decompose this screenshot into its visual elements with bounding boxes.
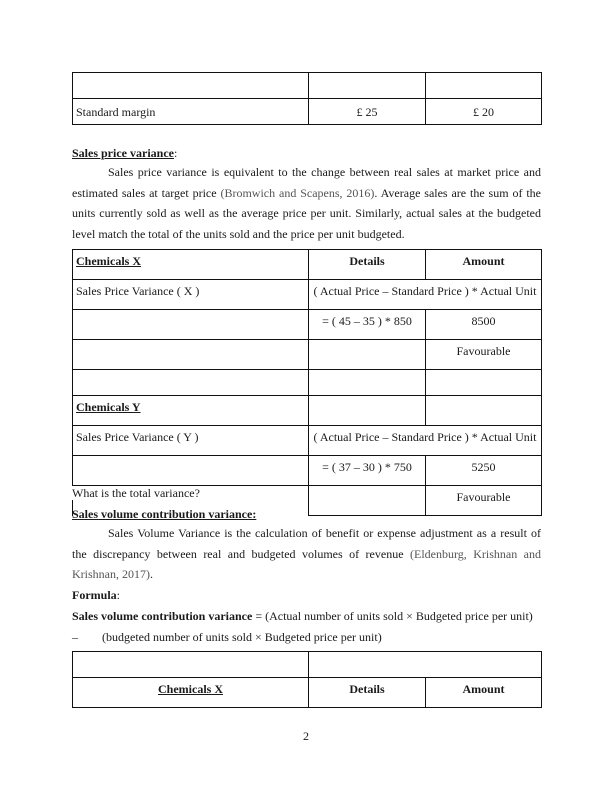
sales-price-variance-table: Chemicals X Details Amount Sales Price V… (72, 249, 542, 516)
table-cell (309, 486, 426, 516)
sales-price-variance-paragraph: Sales price variance is equivalent to th… (72, 162, 541, 244)
table-cell: Standard margin (73, 99, 309, 125)
table-row (73, 73, 542, 99)
header-amount: Amount (426, 678, 542, 708)
table-cell: Chemicals X (73, 250, 309, 280)
table-row: Sales Price Variance ( X ) ( Actual Pric… (73, 280, 542, 310)
table-cell: Sales Price Variance ( X ) (73, 280, 309, 310)
header-chemicals-x: Chemicals X (158, 682, 223, 696)
table-cell (73, 73, 309, 99)
formula-cell: ( Actual Price – Standard Price ) * Actu… (309, 426, 542, 456)
header-chemicals-x: Chemicals X (76, 254, 141, 268)
heading-suffix: : (174, 146, 177, 160)
page-number: 2 (0, 729, 612, 744)
sales-price-variance-heading: Sales price variance: (72, 146, 177, 160)
sales-volume-heading: Sales volume contribution variance: (72, 507, 256, 521)
table-row: Chemicals X Details Amount (73, 678, 542, 708)
formula-cell: ( Actual Price – Standard Price ) * Actu… (309, 280, 542, 310)
paragraph-text: . (150, 567, 153, 581)
table-cell: Chemicals Y (73, 396, 309, 426)
header-amount: Amount (426, 250, 542, 280)
table-cell: £ 25 (309, 99, 426, 125)
table-cell: £ 20 (426, 99, 542, 125)
table-row: Chemicals X Details Amount (73, 250, 542, 280)
standard-margin-table: Standard margin £ 25 £ 20 (72, 72, 542, 125)
table-cell (73, 456, 309, 486)
formula-bold: Sales volume contribution variance (72, 609, 252, 623)
table-row: Standard margin £ 25 £ 20 (73, 99, 542, 125)
calc-cell: = ( 45 – 35 ) * 850 (309, 310, 426, 340)
formula-label: Formula: (72, 588, 120, 602)
status-cell: Favourable (426, 340, 542, 370)
table-cell (73, 652, 309, 678)
table-cell (309, 340, 426, 370)
amount-cell: 5250 (426, 456, 542, 486)
formula-line-2: –(budgeted number of units sold × Budget… (72, 630, 382, 644)
formula-line-1: Sales volume contribution variance = (Ac… (72, 609, 541, 623)
table-cell: Sales Price Variance ( Y ) (73, 426, 309, 456)
calc-cell: = ( 37 – 30 ) * 750 (309, 456, 426, 486)
heading-text: Sales price variance (72, 146, 174, 160)
table-cell (73, 340, 309, 370)
status-cell: Favourable (426, 486, 542, 516)
header-details: Details (309, 250, 426, 280)
formula-label-text: Formula (72, 588, 117, 602)
table-cell: Chemicals X (73, 678, 309, 708)
table-cell (426, 396, 542, 426)
header-details: Details (309, 678, 426, 708)
table-row (73, 370, 542, 396)
table-row: Favourable (73, 340, 542, 370)
table-cell (426, 73, 542, 99)
citation: (Bromwich and Scapens, 2016) (220, 186, 374, 200)
table-cell (309, 652, 542, 678)
sales-volume-paragraph: Sales Volume Variance is the calculation… (72, 523, 541, 585)
formula-line2-text: (budgeted number of units sold × Budgete… (102, 630, 382, 644)
table-row: Chemicals Y (73, 396, 542, 426)
table-cell (73, 370, 309, 396)
sales-volume-table: Chemicals X Details Amount (72, 651, 542, 708)
table-row: Sales Price Variance ( Y ) ( Actual Pric… (73, 426, 542, 456)
table-cell (73, 310, 309, 340)
formula-rest: = (Actual number of units sold × Budgete… (252, 609, 532, 623)
formula-label-suffix: : (117, 588, 120, 602)
amount-cell: 8500 (426, 310, 542, 340)
table-row (73, 652, 542, 678)
formula-dash: – (72, 630, 102, 644)
table-cell (309, 396, 426, 426)
table-row: = ( 37 – 30 ) * 750 5250 (73, 456, 542, 486)
table-cell (426, 370, 542, 396)
heading-chemicals-y: Chemicals Y (76, 400, 141, 414)
total-variance-question: What is the total variance? (72, 486, 202, 500)
table-cell (309, 370, 426, 396)
table-cell (309, 73, 426, 99)
table-row: = ( 45 – 35 ) * 850 8500 (73, 310, 542, 340)
